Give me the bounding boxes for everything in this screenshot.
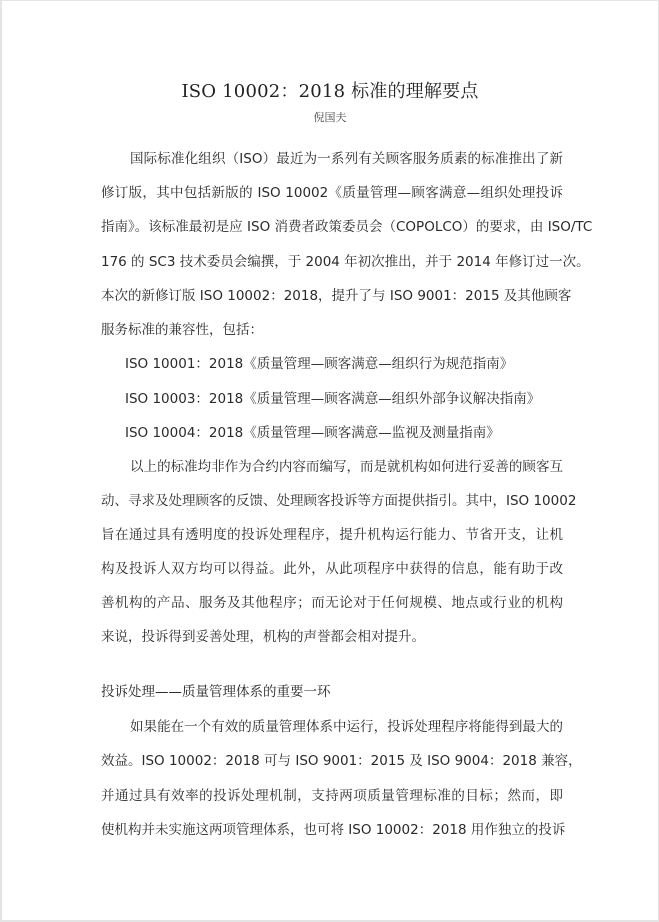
paragraph-line: 动、寻求及处理顾客的反馈、处理顾客投诉等方面提供指引。其中，ISO 10002 [101,491,563,511]
paragraph-line: 本次的新修订版 ISO 10002：2018，提升了与 ISO 9001：201… [101,286,563,306]
document-title: ISO 10002：2018 标准的理解要点 [2,77,658,103]
paragraph-line: 服务标准的兼容性，包括： [101,320,563,340]
paragraph-line: 来说，投诉得到妥善处理，机构的声誉都会相对提升。 [101,627,563,647]
document-author: 倪国夫 [2,109,658,125]
paragraph-line: 效益。ISO 10002：2018 可与 ISO 9001：2015 及 ISO… [101,751,563,771]
paragraph-line: 国际标准化组织（ISO）最近为一系列有关顾客服务质素的标准推出了新 [130,149,563,169]
paragraph-line: 修订版，其中包括新版的 ISO 10002《质量管理—顾客满意—组织处理投诉 [101,183,563,203]
list-item: ISO 10003：2018《质量管理—顾客满意—组织外部争议解决指南》 [125,389,540,409]
paragraph-line: 使机构并未实施这两项管理体系，也可将 ISO 10002：2018 用作独立的投… [101,820,563,840]
paragraph-line: 176 的 SC3 技术委员会编撰，于 2004 年初次推出，并于 2014 年… [101,252,563,272]
list-item: ISO 10001：2018《质量管理—顾客满意—组织行为规范指南》 [125,354,513,374]
paragraph-line: 善机构的产品、服务及其他程序；而无论对于任何规模、地点或行业的机构 [101,593,563,613]
paragraph-line: 如果能在一个有效的质量管理体系中运行，投诉处理程序将能得到最大的 [130,717,563,737]
section-heading: 投诉处理——质量管理体系的重要一环 [101,682,563,702]
document-page: ISO 10002：2018 标准的理解要点 倪国夫 国际标准化组织（ISO）最… [2,1,658,920]
paragraph-line: 以上的标准均非作为合约内容而编写，而是就机构如何进行妥善的顾客互 [130,457,563,477]
paragraph-line: 指南》。该标准最初是应 ISO 消费者政策委员会（COPOLCO）的要求，由 I… [101,217,563,237]
paragraph-line: 并通过具有效率的投诉处理机制，支持两项质量管理标准的目标；然而，即 [101,786,563,806]
list-item: ISO 10004：2018《质量管理—顾客满意—监视及测量指南》 [125,423,500,443]
paragraph-line: 旨在通过具有透明度的投诉处理程序，提升机构运行能力、节省开支，让机 [101,525,563,545]
paragraph-line: 构及投诉人双方均可以得益。此外，从此项程序中获得的信息，能有助于改 [101,559,563,579]
